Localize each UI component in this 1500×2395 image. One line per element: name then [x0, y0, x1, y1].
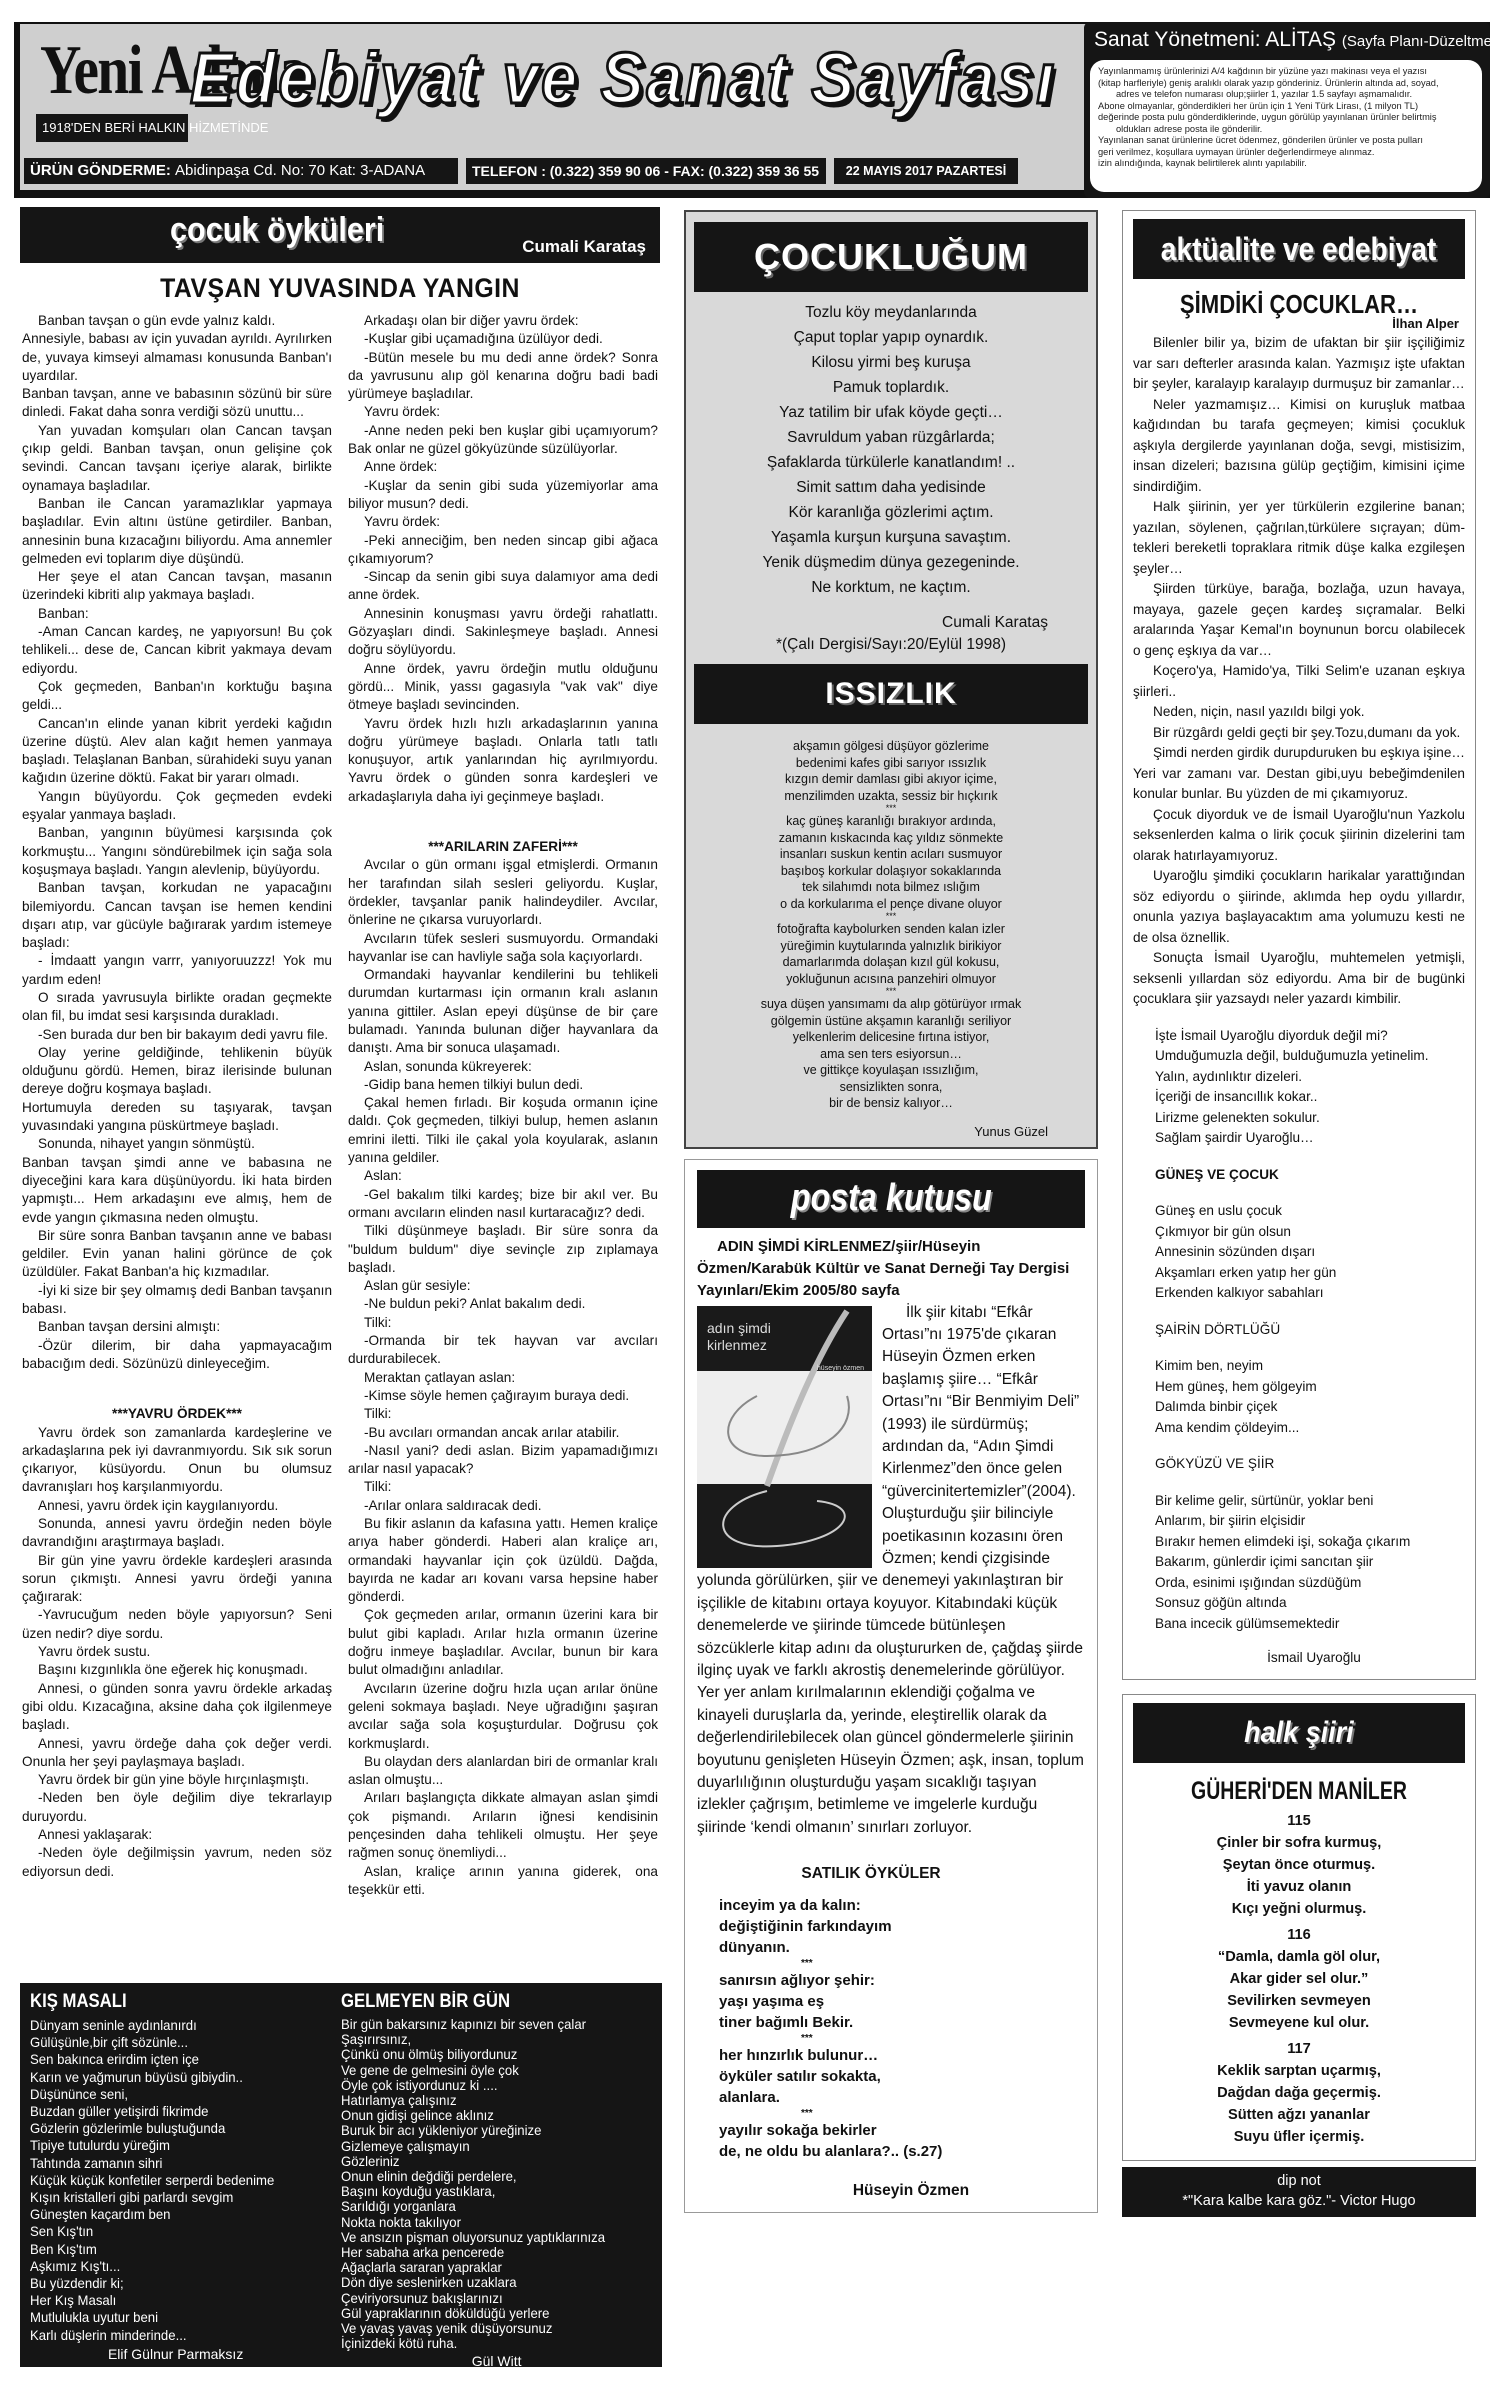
poem-line: Orda, esinimi ışığından süzdüğüm: [1133, 1573, 1465, 1594]
section-title: aktüalite ve edebiyat: [1161, 231, 1436, 268]
poem-lines: akşamın gölgesi düşüyor gözlerimebedenim…: [694, 738, 1088, 1112]
article-title: ŞİMDİKİ ÇOCUKLAR…: [1158, 289, 1440, 320]
story-paragraph: -İyi ki size bir şey olmamış dedi Banban…: [22, 1282, 332, 1319]
submission-rules: Yayınlanmamış ürünlerinizi A/4 kağdının …: [1090, 60, 1482, 192]
spacer: [1133, 1304, 1465, 1320]
poem-line: Akşamları erken yatıp her gün: [1133, 1263, 1465, 1284]
spacer: [1133, 1475, 1465, 1491]
posta-kutusu-box: posta kutusu ADIN ŞİMDİ KİRLENMEZ/şiir/H…: [684, 1159, 1098, 2214]
footnote-quote: *"Kara kalbe kara göz."- Victor Hugo: [1122, 2191, 1476, 2211]
poem-line: Yaşamla kurşun kurşuna savaştım.: [694, 525, 1088, 550]
poem-line: Tipiye tutulurdu yüreğim: [30, 2137, 304, 2154]
story-paragraph: Avcıların tüfek sesleri susmuyordu. Orma…: [348, 930, 658, 967]
poem-line: yüreğimin kuytularında yalnızlık birikiy…: [694, 938, 1088, 955]
story-paragraph: Tilki:: [348, 1478, 658, 1496]
story-subtitle: ***YAVRU ÖRDEK***: [22, 1405, 332, 1423]
poem-author: Elif Gülnur Parmaksız: [30, 2346, 321, 2362]
story-paragraph: Sonunda, annesi yavru ördeğin neden böyl…: [22, 1515, 332, 1552]
poem-title: SATILIK ÖYKÜLER: [657, 1865, 1085, 1883]
art-director-name: Sanat Yönetmeni: ALİTAŞ: [1094, 28, 1336, 51]
cocuk-oykuleri-section: çocuk öyküleri Cumali Karataş TAVŞAN YUV…: [20, 207, 660, 1899]
book-review: adın şimdi kirlenmez hüseyin özmen İlk ş…: [697, 1302, 1085, 1840]
story-paragraph: Banban tavşan, korkudan ne yapacağını bi…: [22, 879, 332, 952]
poem-source: *(Çalı Dergisi/Sayı:20/Eylül 1998): [694, 636, 1088, 654]
poem-line: Sen bakınca erirdim içten içe: [30, 2051, 304, 2068]
story-paragraph: -Anne neden peki ben kuşlar gibi uçamıyo…: [348, 422, 658, 459]
story-paragraph: Bu olaydan ders alanlardan biri de orman…: [348, 1753, 658, 1790]
poem-line: Buruk bir acı yükleniyor yüreğinize: [341, 2123, 633, 2138]
poem-line: Buzdan güller yetişirdi fikrimde: [30, 2103, 304, 2120]
poem-line: Simit sattım daha yedisinde: [694, 475, 1088, 500]
story-paragraph: -Ne buldun peki? Anlat bakalım dedi.: [348, 1295, 658, 1313]
story-paragraph: Annesiyle, babası av için yuvadan ayrıld…: [22, 330, 332, 385]
story-title: TAVŞAN YUVASINDA YANGIN: [46, 273, 635, 304]
article-paragraph: Şimdi nerden girdik durupduruken bu eşkı…: [1133, 743, 1465, 805]
stanza-separator: ***: [694, 987, 1088, 996]
issizlik-box: ISSIZLIK akşamın gölgesi düşüyor gözleri…: [684, 664, 1098, 1149]
poem-title: GÜNEŞ VE ÇOCUK: [1133, 1165, 1465, 1186]
mani-line: İti yavuz olanın: [1133, 1876, 1465, 1898]
story-paragraph: -Nasıl yani? dedi aslan. Bizim yapamadığ…: [348, 1442, 658, 1479]
rule-line: adres ve telefon numarası olup;şiirler 1…: [1098, 89, 1474, 101]
story-paragraph: Anne ördek, yavru ördeğin mutlu olduğunu…: [348, 660, 658, 715]
poem-line: Güneşten kaçardım ben: [30, 2206, 304, 2223]
story-paragraph: -Kuşlar gibi uçamadığına üzülüyor dedi.: [348, 330, 658, 348]
story-paragraph: Banban:: [22, 605, 332, 623]
section-author: Cumali Karataş: [522, 237, 646, 257]
middle-column: ÇOCUKLUĞUM Tozlu köy meydanlarındaÇaput …: [684, 210, 1098, 2213]
story-subtitle: ***ARILARIN ZAFERİ***: [348, 838, 658, 856]
poem-title: GELMEYEN BİR GÜN: [341, 1991, 614, 2013]
poem-line: Çıkmıyor bir gün olsun: [1133, 1222, 1465, 1243]
section-title: çocuk öyküleri: [170, 211, 384, 250]
article-paragraph: Şiirden türküye, barağa, bozlağa, uzun h…: [1133, 579, 1465, 661]
spacer: [1133, 1340, 1465, 1356]
section-title: ÇOCUKLUĞUM: [754, 236, 1028, 278]
story-paragraph: Banban tavşan şimdi anne ve babasına ne …: [22, 1154, 332, 1227]
poem-lines: Bir gün bakarsınız kapınızı bir seven ça…: [341, 2017, 652, 2351]
tagline: 1918'DEN BERİ HALKIN HİZMETİNDE: [36, 114, 188, 142]
story-column-2: Arkadaşı olan bir diğer yavru ördek:-Kuş…: [348, 312, 658, 1899]
story-column-1: Banban tavşan o gün evde yalnız kaldı.An…: [22, 312, 332, 1899]
story-paragraph: -Neden öyle değilmişsin yavrum, neden sö…: [22, 1844, 332, 1881]
poem-line: damarlarımda dolaşan kızıl gül kokusu,: [694, 954, 1088, 971]
story-paragraph: Meraktan çatlayan aslan:: [348, 1369, 658, 1387]
poem-line: Şaşırırsınız,: [341, 2032, 633, 2047]
poem-line: Karlı düşlerin minderinde...: [30, 2327, 304, 2344]
mani-line: Kıçı yeğni olurmuş.: [1133, 1898, 1465, 1920]
story-paragraph: Anne ördek:: [348, 458, 658, 476]
story-paragraph: Banban tavşan o gün evde yalnız kaldı.: [22, 312, 332, 330]
book-heading: ADIN ŞİMDİ KİRLENMEZ/şiir/Hüseyin Özmen/…: [697, 1236, 1085, 1302]
poem-line: Hatırlamya çalışınız: [341, 2093, 633, 2108]
kis-masali-poem: KIŞ MASALI Dünyam seninle aydınlanırdıGü…: [30, 1991, 321, 2359]
poem-line: Ağaçlarla sararan yapraklar: [341, 2260, 633, 2275]
cocuklugum-box: ÇOCUKLUĞUM Tozlu köy meydanlarındaÇaput …: [684, 210, 1098, 664]
story-paragraph: -Gel bakalım tilki kardeş; bize bir akıl…: [348, 1186, 658, 1223]
article-line: Sağlam şairdir Uyaroğlu…: [1133, 1128, 1465, 1149]
poem-line: sensizlikten sonra,: [694, 1079, 1088, 1096]
poem-line: yokluğunun acısına panzehiri olmuyor: [694, 971, 1088, 988]
poem-line: sanırsın ağlıyor şehir:: [719, 1970, 1085, 1991]
poem-lines: Tozlu köy meydanlarındaÇaput toplar yapı…: [694, 300, 1088, 600]
rule-line: Yayınlanmamış ürünlerinizi A/4 kağdının …: [1098, 66, 1474, 78]
poem-line: menzilimden uzakta, sessiz bir hıçkırık: [694, 788, 1088, 805]
poem-line: Sarıldığı yorganlara: [341, 2199, 633, 2214]
story-paragraph: -Peki anneciğim, ben neden sincap gibi a…: [348, 532, 658, 569]
section-title: ISSIZLIK: [825, 677, 956, 711]
mani-list: 115Çinler bir sofra kurmuş,Şeytan önce o…: [1133, 1810, 1465, 2148]
article-paragraph: Sonuçta İsmail Uyaroğlu, muhtemelen yetm…: [1133, 948, 1465, 1010]
poem-line: akşamın gölgesi düşüyor gözlerime: [694, 738, 1088, 755]
poem-line: Yenik düşmedim dünya gezegeninde.: [694, 550, 1088, 575]
story-paragraph: -Sen burada dur ben bir bakayım dedi yav…: [22, 1026, 332, 1044]
story-paragraph: Avcılar o gün ormanı işgal etmişlerdi. O…: [348, 856, 658, 929]
poem-line: Başını koyduğu yastıklara,: [341, 2184, 633, 2199]
poem-line: Erkenden kalkıyor sabahları: [1133, 1283, 1465, 1304]
story-paragraph: Tilki:: [348, 1405, 658, 1423]
book-cover-author: hüseyin özmen: [817, 1358, 864, 1380]
poem-line: ve gittikçe koyulaşan ıssızlığım,: [694, 1062, 1088, 1079]
poem-line: Ve yavaş yavaş yenik düşüyorsunuz: [341, 2321, 633, 2336]
spacer: [1133, 1438, 1465, 1454]
page-title: Edebiyat ve Sanat Sayfası: [190, 38, 1057, 120]
poem-line: Aşkımız Kış'tı...: [30, 2258, 304, 2275]
poem-line: ama sen ters esiyorsun…: [694, 1046, 1088, 1063]
story-paragraph: -Kuşlar da senin gibi suda yüzemiyorlar …: [348, 477, 658, 514]
poem-line: Ve gene de gelmesini öyle çok: [341, 2063, 633, 2078]
art-director-title: Sanat Yönetmeni: ALİTAŞ (Sayfa Planı-Düz…: [1094, 28, 1500, 52]
story-paragraph: O sırada yavrusuyla birlikte oradan geçm…: [22, 989, 332, 1026]
poem-line: de, ne oldu bu alanlara?.. (s.27): [719, 2141, 1085, 2162]
story-paragraph: Sonunda, nihayet yangın sönmüştü.: [22, 1135, 332, 1153]
section-banner: ÇOCUKLUĞUM: [694, 222, 1088, 292]
story-paragraph: Yavru ördek bir gün yine böyle hırçınlaş…: [22, 1771, 332, 1789]
article-line: Yalın, aydınlıktır dizeleri.: [1133, 1067, 1465, 1088]
mani-number: 116: [1133, 1924, 1465, 1946]
story-paragraph: Her şeye el atan Cancan tavşan, masanın …: [22, 568, 332, 605]
poem-title: GÖKYÜZÜ VE ŞİİR: [1133, 1454, 1465, 1475]
story-columns: Banban tavşan o gün evde yalnız kaldı.An…: [20, 312, 660, 1899]
poem-line: bedenimi kafes gibi sarıyor ıssızlık: [694, 755, 1088, 772]
poem-line: fotoğrafta kaybolurken senden kalan izle…: [694, 921, 1088, 938]
article-body: Bilenler bilir ya, bizim de ufaktan bir …: [1133, 333, 1465, 1669]
spacer: [1133, 1010, 1465, 1026]
poem-line: Her sabaha arka pencerede: [341, 2245, 633, 2260]
poem-line: yaşı yaşıma eş: [719, 1991, 1085, 2012]
poem-line: Dön diye seslenirken uzaklara: [341, 2275, 633, 2290]
stanza-separator: ***: [719, 1958, 1085, 1970]
rule-line: değerinde posta pulu gönderdiklerinde, u…: [1098, 112, 1474, 124]
story-paragraph: Banban tavşan dersini almıştı:: [22, 1318, 332, 1336]
story-paragraph: Banban ile Cancan yaramazlıklar yapmaya …: [22, 495, 332, 568]
poem-line: o da korkularıma el pençe divane oluyor: [694, 896, 1088, 913]
story-paragraph: Yavru ördek:: [348, 403, 658, 421]
mani-line: Sütten ağzı yananlar: [1133, 2104, 1465, 2126]
poem-line: başıboş korkular dolaşıyor sokaklarında: [694, 863, 1088, 880]
poem-line: Ama kendim çöldeyim...: [1133, 1418, 1465, 1439]
article-paragraph: Koçero'ya, Hamido'ya, Tilki Selim'e uzan…: [1133, 661, 1465, 702]
stanza-separator: ***: [694, 912, 1088, 921]
rule-line: (kitap harfleriyle) geniş aralıklı olara…: [1098, 78, 1474, 90]
poem-line: Gözlerin gözlerimle buluştuğunda: [30, 2120, 304, 2137]
address-value: Abidinpaşa Cd. No: 70 Kat: 3-ADANA: [175, 162, 425, 179]
story-paragraph: -Ormanda bir tek hayvan var avcıları dur…: [348, 1332, 658, 1369]
poem-line: Nokta nokta takılıyor: [341, 2215, 633, 2230]
poem-line: Dalımda binbir çiçek: [1133, 1397, 1465, 1418]
poem-line: Bırakır hemen elimdeki işi, sokağa çıkar…: [1133, 1532, 1465, 1553]
poem-line: yayılır sokağa bekirler: [719, 2120, 1085, 2141]
mani-line: Çinler bir sofra kurmuş,: [1133, 1832, 1465, 1854]
poem-line: Ne korktum, ne kaçtım.: [694, 575, 1088, 600]
story-paragraph: Yavru ördek:: [348, 513, 658, 531]
story-paragraph: Olay yerine geldiğinde, tehlikenin büyük…: [22, 1044, 332, 1099]
poet-name: İsmail Uyaroğlu: [1133, 1648, 1465, 1669]
mani-line: Şeytan önce oturmuş.: [1133, 1854, 1465, 1876]
article-paragraph: Bilenler bilir ya, bizim de ufaktan bir …: [1133, 333, 1465, 395]
poem-line: Ben Kış'tım: [30, 2241, 304, 2258]
article-paragraph: Uyaroğlu şimdiki çocukların harikalar ya…: [1133, 866, 1465, 948]
poem-line: her hınzırlık bulunur…: [719, 2045, 1085, 2066]
poem-line: Yaz tatilim bir ufak köyde geçti…: [694, 400, 1088, 425]
mani-line: Dağdan dağa geçermiş.: [1133, 2082, 1465, 2104]
story-paragraph: Ormandaki hayvanlar kendilerini bu tehli…: [348, 966, 658, 1057]
rule-line: Yayınlanan sanat ürünlerine ücret ödenme…: [1098, 135, 1474, 147]
rule-line: Abone olmayanlar, gönderdikleri her ürün…: [1098, 101, 1474, 113]
story-paragraph: Yavru ördek sustu.: [22, 1643, 332, 1661]
spacer: [22, 1373, 332, 1391]
address-label: ÜRÜN GÖNDERME:: [30, 162, 171, 179]
poem-line: Annesinin sözünden dışarı: [1133, 1242, 1465, 1263]
poem-line: Ve ansızın pişman oluyorsunuz yaptıkları…: [341, 2230, 633, 2245]
article-paragraph: Bir rüzgârdı geldi geçti bir şey.Tozu,du…: [1133, 723, 1465, 744]
footnote-label: dip not: [1122, 2171, 1476, 2191]
section-title: halk şiiri: [1244, 1716, 1354, 1750]
section-banner: ISSIZLIK: [694, 664, 1088, 724]
footnote-box: dip not *"Kara kalbe kara göz."- Victor …: [1122, 2167, 1476, 2217]
story-paragraph: -Özür dilerim, bir daha yapmayacağım bab…: [22, 1337, 332, 1374]
story-paragraph: Banban tavşan, anne ve babasının sözünü …: [22, 385, 332, 422]
mani-heading: GÜHERİ'DEN MANİLER: [1170, 1777, 1429, 1806]
story-paragraph: Aslan:: [348, 1167, 658, 1185]
section-banner: halk şiiri: [1133, 1703, 1465, 1763]
poem-author: Hüseyin Özmen: [697, 2182, 1085, 2200]
mani-line: Sevmeyene kul olur.: [1133, 2012, 1465, 2034]
right-column: aktüalite ve edebiyat ŞİMDİKİ ÇOCUKLAR… …: [1122, 210, 1476, 2217]
story-paragraph: Annesi, o günden sonra yavru ördekle ark…: [22, 1680, 332, 1735]
poem-line: Hem güneş, hem gölgeyim: [1133, 1377, 1465, 1398]
story-paragraph: Hortumuyla dereden su taşıyarak, tavşan …: [22, 1099, 332, 1136]
story-paragraph: Tilki düşünmeye başladı. Bir süre sonra …: [348, 1222, 658, 1277]
poem-line: Kışın kristalleri gibi parlardı sevgim: [30, 2189, 304, 2206]
poem-line: Pamuk toplardık.: [694, 375, 1088, 400]
article-line: İşte İsmail Uyaroğlu diyorduk değil mi?: [1133, 1026, 1465, 1047]
story-paragraph: Aslan, kraliçe arının yanına giderek, on…: [348, 1863, 658, 1900]
poem-line: Tozlu köy meydanlarında: [694, 300, 1088, 325]
poem-line: Mutlulukla uyutur beni: [30, 2309, 304, 2326]
poem-line: Sonsuz göğün altında: [1133, 1593, 1465, 1614]
story-paragraph: -Gidip bana hemen tilkiyi bulun dedi.: [348, 1076, 658, 1094]
rule-line: izin alındığında, kaynak belirtilerek al…: [1098, 158, 1474, 170]
story-paragraph: Aslan, sonunda kükreyerek:: [348, 1058, 658, 1076]
poem-line: Kör karanlığa gözlerimi açtım.: [694, 500, 1088, 525]
story-paragraph: Çok geçmeden arılar, ormanın üzerini kar…: [348, 1606, 658, 1679]
section-title: posta kutusu: [791, 1177, 992, 1220]
story-paragraph: Avcıların üzerine doğru hızla uçan arıla…: [348, 1680, 658, 1753]
mani-number: 115: [1133, 1810, 1465, 1832]
story-paragraph: Annesi yaklaşarak:: [22, 1826, 332, 1844]
spacer: [1133, 1149, 1465, 1165]
story-paragraph: Yavru ördek hızlı hızlı arkadaşlarının y…: [348, 715, 658, 806]
stanza-separator: ***: [719, 2108, 1085, 2120]
article-paragraph: Çocuk diyorduk ve de İsmail Uyaroğlu'nun…: [1133, 805, 1465, 867]
stanza-separator: ***: [694, 804, 1088, 813]
poem-line: Karın ve yağmurun büyüsü gibiydin..: [30, 2069, 304, 2086]
poem-line: tek silahımdı nota bilmez ıslığım: [694, 879, 1088, 896]
poem-line: Şafaklarda türkülerle kanatlandım! ..: [694, 450, 1088, 475]
poem-line: Çünkü onu ölmüş biliyordunuz: [341, 2047, 633, 2062]
article-paragraph: Neden, niçin, nasıl yazıldı bilgi yok.: [1133, 702, 1465, 723]
poem-lines: inceyim ya da kalın:değiştiğinin farkınd…: [697, 1895, 1085, 2162]
poem-line: suya düşen yansımamı da alıp götürüyor ı…: [694, 996, 1088, 1013]
story-paragraph: -Bütün mesele bu mu dedi anne ördek? Son…: [348, 349, 658, 404]
story-paragraph: Çok geçmeden, Banban'ın korktuğu başına …: [22, 678, 332, 715]
aktualite-box: aktüalite ve edebiyat ŞİMDİKİ ÇOCUKLAR… …: [1122, 210, 1476, 1680]
poem-line: dünyanın.: [719, 1937, 1085, 1958]
poem-line: insanları suskun kentin acıları susmuyor: [694, 846, 1088, 863]
poem-line: Anlarım, bir şiirin elçisidir: [1133, 1511, 1465, 1532]
poem-lines: Dünyam seninle aydınlanırdıGülüşünle,bir…: [30, 2017, 321, 2344]
address-bar: ÜRÜN GÖNDERME: Abidinpaşa Cd. No: 70 Kat…: [24, 158, 458, 184]
section-banner: çocuk öyküleri Cumali Karataş: [20, 207, 660, 263]
story-paragraph: Yavru ördek son zamanlarda kardeşlerine …: [22, 1424, 332, 1497]
story-paragraph: - İmdaatt yangın varrr, yanıyoruuzzz! Yo…: [22, 952, 332, 989]
story-paragraph: Başını kızgınlıkla öne eğerek hiç konuşm…: [22, 1661, 332, 1679]
winter-poems-box: KIŞ MASALI Dünyam seninle aydınlanırdıGü…: [20, 1983, 662, 2367]
poem-line: Gizlemeye çalışmayın: [341, 2139, 633, 2154]
story-paragraph: Arkadaşı olan bir diğer yavru ördek:: [348, 312, 658, 330]
mani-line: Sevilirken sevmeyen: [1133, 1990, 1465, 2012]
phone-bar: TELEFON : (0.322) 359 90 06 - FAX: (0.32…: [466, 158, 826, 184]
poem-line: kızgın demir damlası gibi akıyor içime,: [694, 771, 1088, 788]
story-paragraph: -Bu avcıları ormandan ancak arılar atabi…: [348, 1424, 658, 1442]
poem-line: İçinizdeki kötü ruha.: [341, 2336, 633, 2351]
poem-line: Bana incecik gülümsemektedir: [1133, 1614, 1465, 1635]
mani-number: 117: [1133, 2038, 1465, 2060]
story-paragraph: Arıları başlangıçta dikkate almayan asla…: [348, 1789, 658, 1862]
section-banner: aktüalite ve edebiyat: [1133, 219, 1465, 279]
story-paragraph: Annesi, yavru ördeğe daha çok değer verd…: [22, 1735, 332, 1772]
poem-title: KIŞ MASALI: [30, 1991, 286, 2013]
poem-line: Gül yapraklarının döküldüğü yerlere: [341, 2306, 633, 2321]
poem-line: değiştiğinin farkındayım: [719, 1916, 1085, 1937]
story-paragraph: Banban, yangının büyümesi karşısında çok…: [22, 824, 332, 879]
book-cover-image: adın şimdi kirlenmez hüseyin özmen: [697, 1306, 872, 1568]
mani-line: Akar gider sel olur.”: [1133, 1968, 1465, 1990]
story-paragraph: Yan yuvadan komşuları olan Cancan tavşan…: [22, 422, 332, 495]
poem-author: Cumali Karataş: [694, 614, 1088, 632]
gelmeyen-bir-gun-poem: GELMEYEN BİR GÜN Bir gün bakarsınız kapı…: [341, 1991, 652, 2359]
poem-line: Bakarım, günlerdir içimi sancıtan şiir: [1133, 1552, 1465, 1573]
story-paragraph: -Arılar onlara saldıracak dedi.: [348, 1497, 658, 1515]
poem-line: gölgemin üstüne akşamın karanlığı serili…: [694, 1013, 1088, 1030]
poem-line: bir de bensiz kalıyor…: [694, 1095, 1088, 1112]
poem-line: Onun elinin değdiği perdelere,: [341, 2169, 633, 2184]
poem-line: tiner bağımlı Bekir.: [719, 2012, 1085, 2033]
mani-line: “Damla, damla göl olur,: [1133, 1946, 1465, 1968]
poem-line: Öyle çok istiyordunuz ki ....: [341, 2078, 633, 2093]
mani-line: Suyu üfler içermiş.: [1133, 2126, 1465, 2148]
poem-line: yelkenlerim delicesine fırtına istiyor,: [694, 1029, 1088, 1046]
story-paragraph: Annesi, yavru ördek için kaygılanıyordu.: [22, 1497, 332, 1515]
poem-line: Düşününce seni,: [30, 2086, 304, 2103]
poem-line: Her Kış Masalı: [30, 2292, 304, 2309]
poem-line: Onun gidişi gelince aklınız: [341, 2108, 633, 2123]
poem-line: Tahtında zamanın sihri: [30, 2155, 304, 2172]
art-director-role: (Sayfa Planı-Düzeltmen): [1342, 33, 1500, 50]
article-line: Umduğumuzla değil, bulduğumuzla yetineli…: [1133, 1046, 1465, 1067]
poem-line: Dünyam seninle aydınlanırdı: [30, 2017, 304, 2034]
poem-line: Güneş en uslu çocuk: [1133, 1201, 1465, 1222]
story-paragraph: Bu fikir aslanın da kafasına yattı. Heme…: [348, 1515, 658, 1606]
poem-line: öyküler satılır sokakta,: [719, 2066, 1085, 2087]
poem-line: Gözleriniz: [341, 2154, 633, 2169]
spacer: [1133, 1185, 1465, 1201]
story-paragraph: -Kimse söyle hemen çağırayım buraya dedi…: [348, 1387, 658, 1405]
poem-line: Kilosu yirmi beş kuruşa: [694, 350, 1088, 375]
spacer: [348, 806, 658, 824]
poem-line: Küçük küçük konfetiler serperdi bedenime: [30, 2172, 304, 2189]
story-paragraph: Annesinin konuşması yavru ördeği rahatla…: [348, 605, 658, 660]
article-line: İçeriği de insancıllık kokar..: [1133, 1087, 1465, 1108]
section-banner: posta kutusu: [697, 1170, 1085, 1228]
stanza-separator: ***: [719, 2033, 1085, 2045]
poem-line: Gülüşünle,bir çift sözünle...: [30, 2034, 304, 2051]
story-paragraph: -Neden ben öyle değilim diye tekrarlayıp…: [22, 1789, 332, 1826]
rule-line: oldukları adrese posta ile gönderilir.: [1098, 124, 1474, 136]
story-paragraph: Aslan gür sesiyle:: [348, 1277, 658, 1295]
halk-siiri-box: halk şiiri GÜHERİ'DEN MANİLER 115Çinler …: [1122, 1694, 1476, 2161]
poem-author: Yunus Güzel: [694, 1124, 1088, 1139]
poem-author: Gül Witt: [341, 2353, 652, 2369]
article-paragraph: Neler yazmamışız… Kimisi on kuruşluk mat…: [1133, 395, 1465, 498]
story-paragraph: Yangın büyüyordu. Çok geçmeden evdeki eş…: [22, 788, 332, 825]
poem-line: alanlara.: [719, 2087, 1085, 2108]
poem-line: Sen Kış'tın: [30, 2223, 304, 2240]
mani-line: Keklik sarptan uçarmış,: [1133, 2060, 1465, 2082]
poem-line: Bir gün bakarsınız kapınızı bir seven ça…: [341, 2017, 633, 2032]
story-paragraph: Tilki:: [348, 1314, 658, 1332]
poem-title: ŞAİRİN DÖRTLÜĞÜ: [1133, 1320, 1465, 1341]
date-bar: 22 MAYIS 2017 PAZARTESİ: [834, 158, 1018, 184]
article-paragraph: Halk şiirinin, yer yer türkülerin ezgile…: [1133, 497, 1465, 579]
art-director-box: Sanat Yönetmeni: ALİTAŞ (Sayfa Planı-Düz…: [1084, 22, 1490, 198]
story-paragraph: Cancan'ın elinde yanan kibrit yerdeki ka…: [22, 715, 332, 788]
poem-line: Bu yüzdendir ki;: [30, 2275, 304, 2292]
poem-line: zamanın kıskacında kaç yıldız sönmekte: [694, 830, 1088, 847]
story-paragraph: -Aman Cancan kardeş, ne yapıyorsun! Bu ç…: [22, 623, 332, 678]
story-paragraph: Çakal hemen fırladı. Bir koşuda ormanın …: [348, 1094, 658, 1167]
article-line: Lirizme gelenekten sokulur.: [1133, 1108, 1465, 1129]
story-paragraph: Bir gün yine yavru ördekle kardeşleri ar…: [22, 1552, 332, 1607]
poem-line: inceyim ya da kalın:: [719, 1895, 1085, 1916]
poem-line: Çaput toplar yapıp oynardık.: [694, 325, 1088, 350]
poem-line: Bir kelime gelir, sürtünür, yoklar beni: [1133, 1491, 1465, 1512]
poem-line: Çeviriyorsunuz bakışlarınızı: [341, 2291, 633, 2306]
poem-line: Kimim ben, neyim: [1133, 1356, 1465, 1377]
book-cover-title: adın şimdi kirlenmez: [707, 1320, 797, 1354]
poem-line: Savruldum yaban rüzgârlarda;: [694, 425, 1088, 450]
